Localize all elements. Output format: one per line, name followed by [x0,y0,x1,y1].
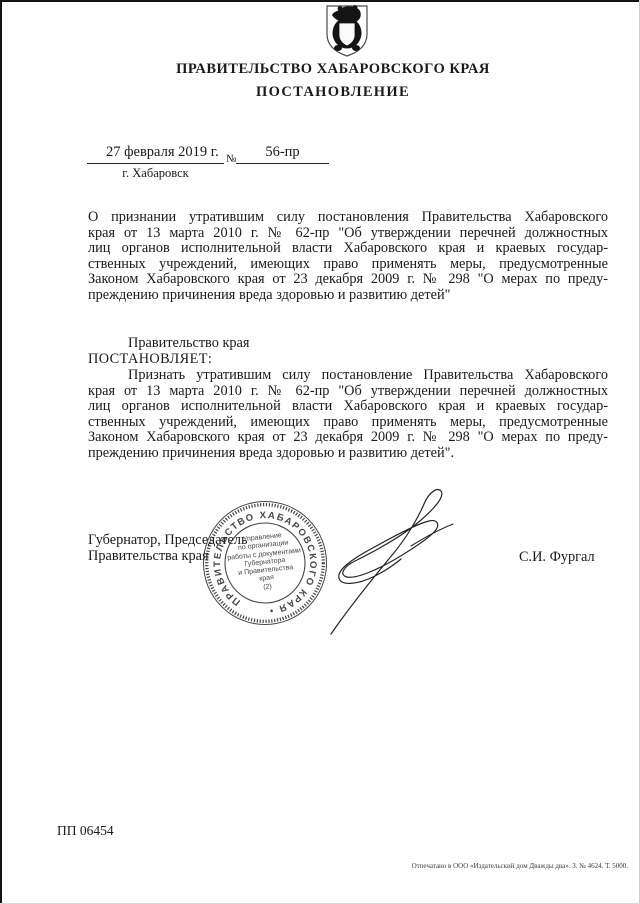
org-name-title: ПРАВИТЕЛЬСТВО ХАБАРОВСКОГО КРАЯ [33,61,633,78]
body-line: Законом Хабаровского края от 23 декабря … [88,430,608,446]
body-paragraph: Признать утратившим силу постановление П… [88,368,608,462]
stamp-center-text: Управление по организации работы с докум… [221,519,309,607]
body-line: ственных учреждений, имеющих право приме… [88,415,608,431]
decree-word: ПОСТАНОВЛЯЕТ: [88,351,212,368]
body-line: лиц органов исполнительной власти Хабаро… [88,399,608,415]
body-line: преждению причинения вреда здоровью и ра… [88,446,608,462]
handwritten-signature [315,476,485,651]
body-intro: Правительство края [128,335,249,352]
number-sign: № [226,153,237,165]
doc-city: г. Хабаровск [87,166,224,181]
doc-date: 27 февраля 2019 г. [106,144,219,161]
preamble-line: лиц органов исполнительной власти Хабаро… [88,241,608,257]
preamble-paragraph: О признании утратившим силу постановлени… [88,210,608,304]
document-page: ПРАВИТЕЛЬСТВО ХАБАРОВСКОГО КРАЯ ПОСТАНОВ… [0,0,640,904]
printer-imprint-note: Отпечатано в ООО «Издательский дом Дважд… [412,862,628,870]
number-underline [236,163,329,164]
preamble-line: края от 13 марта 2010 г. № 62-пр "Об утв… [88,226,608,242]
stamp-center-line: (2) [263,583,272,592]
preamble-line: Законом Хабаровского края от 23 декабря … [88,272,608,288]
scan-edge-left [0,0,2,904]
signer-name: С.И. Фургал [519,549,595,566]
doc-number: 56-пр [236,144,329,161]
preamble-line: О признании утратившим силу постановлени… [88,210,608,226]
official-round-stamp: ПРАВИТЕЛЬСТВО ХАБАРОВСКОГО КРАЯ • Управл… [202,500,328,626]
scan-edge-top [0,0,640,2]
body-line: Признать утратившим силу постановление П… [88,368,608,384]
body-line: края от 13 марта 2010 г. № 62-пр "Об утв… [88,384,608,400]
preamble-line: преждению причинения вреда здоровью и ра… [88,288,608,304]
preamble-line: ственных учреждений, имеющих право приме… [88,257,608,273]
coat-of-arms-icon [324,4,370,58]
doc-type-title: ПОСТАНОВЛЕНИЕ [33,84,633,101]
footer-registration-code: ПП 06454 [57,823,114,839]
date-underline [87,163,224,164]
